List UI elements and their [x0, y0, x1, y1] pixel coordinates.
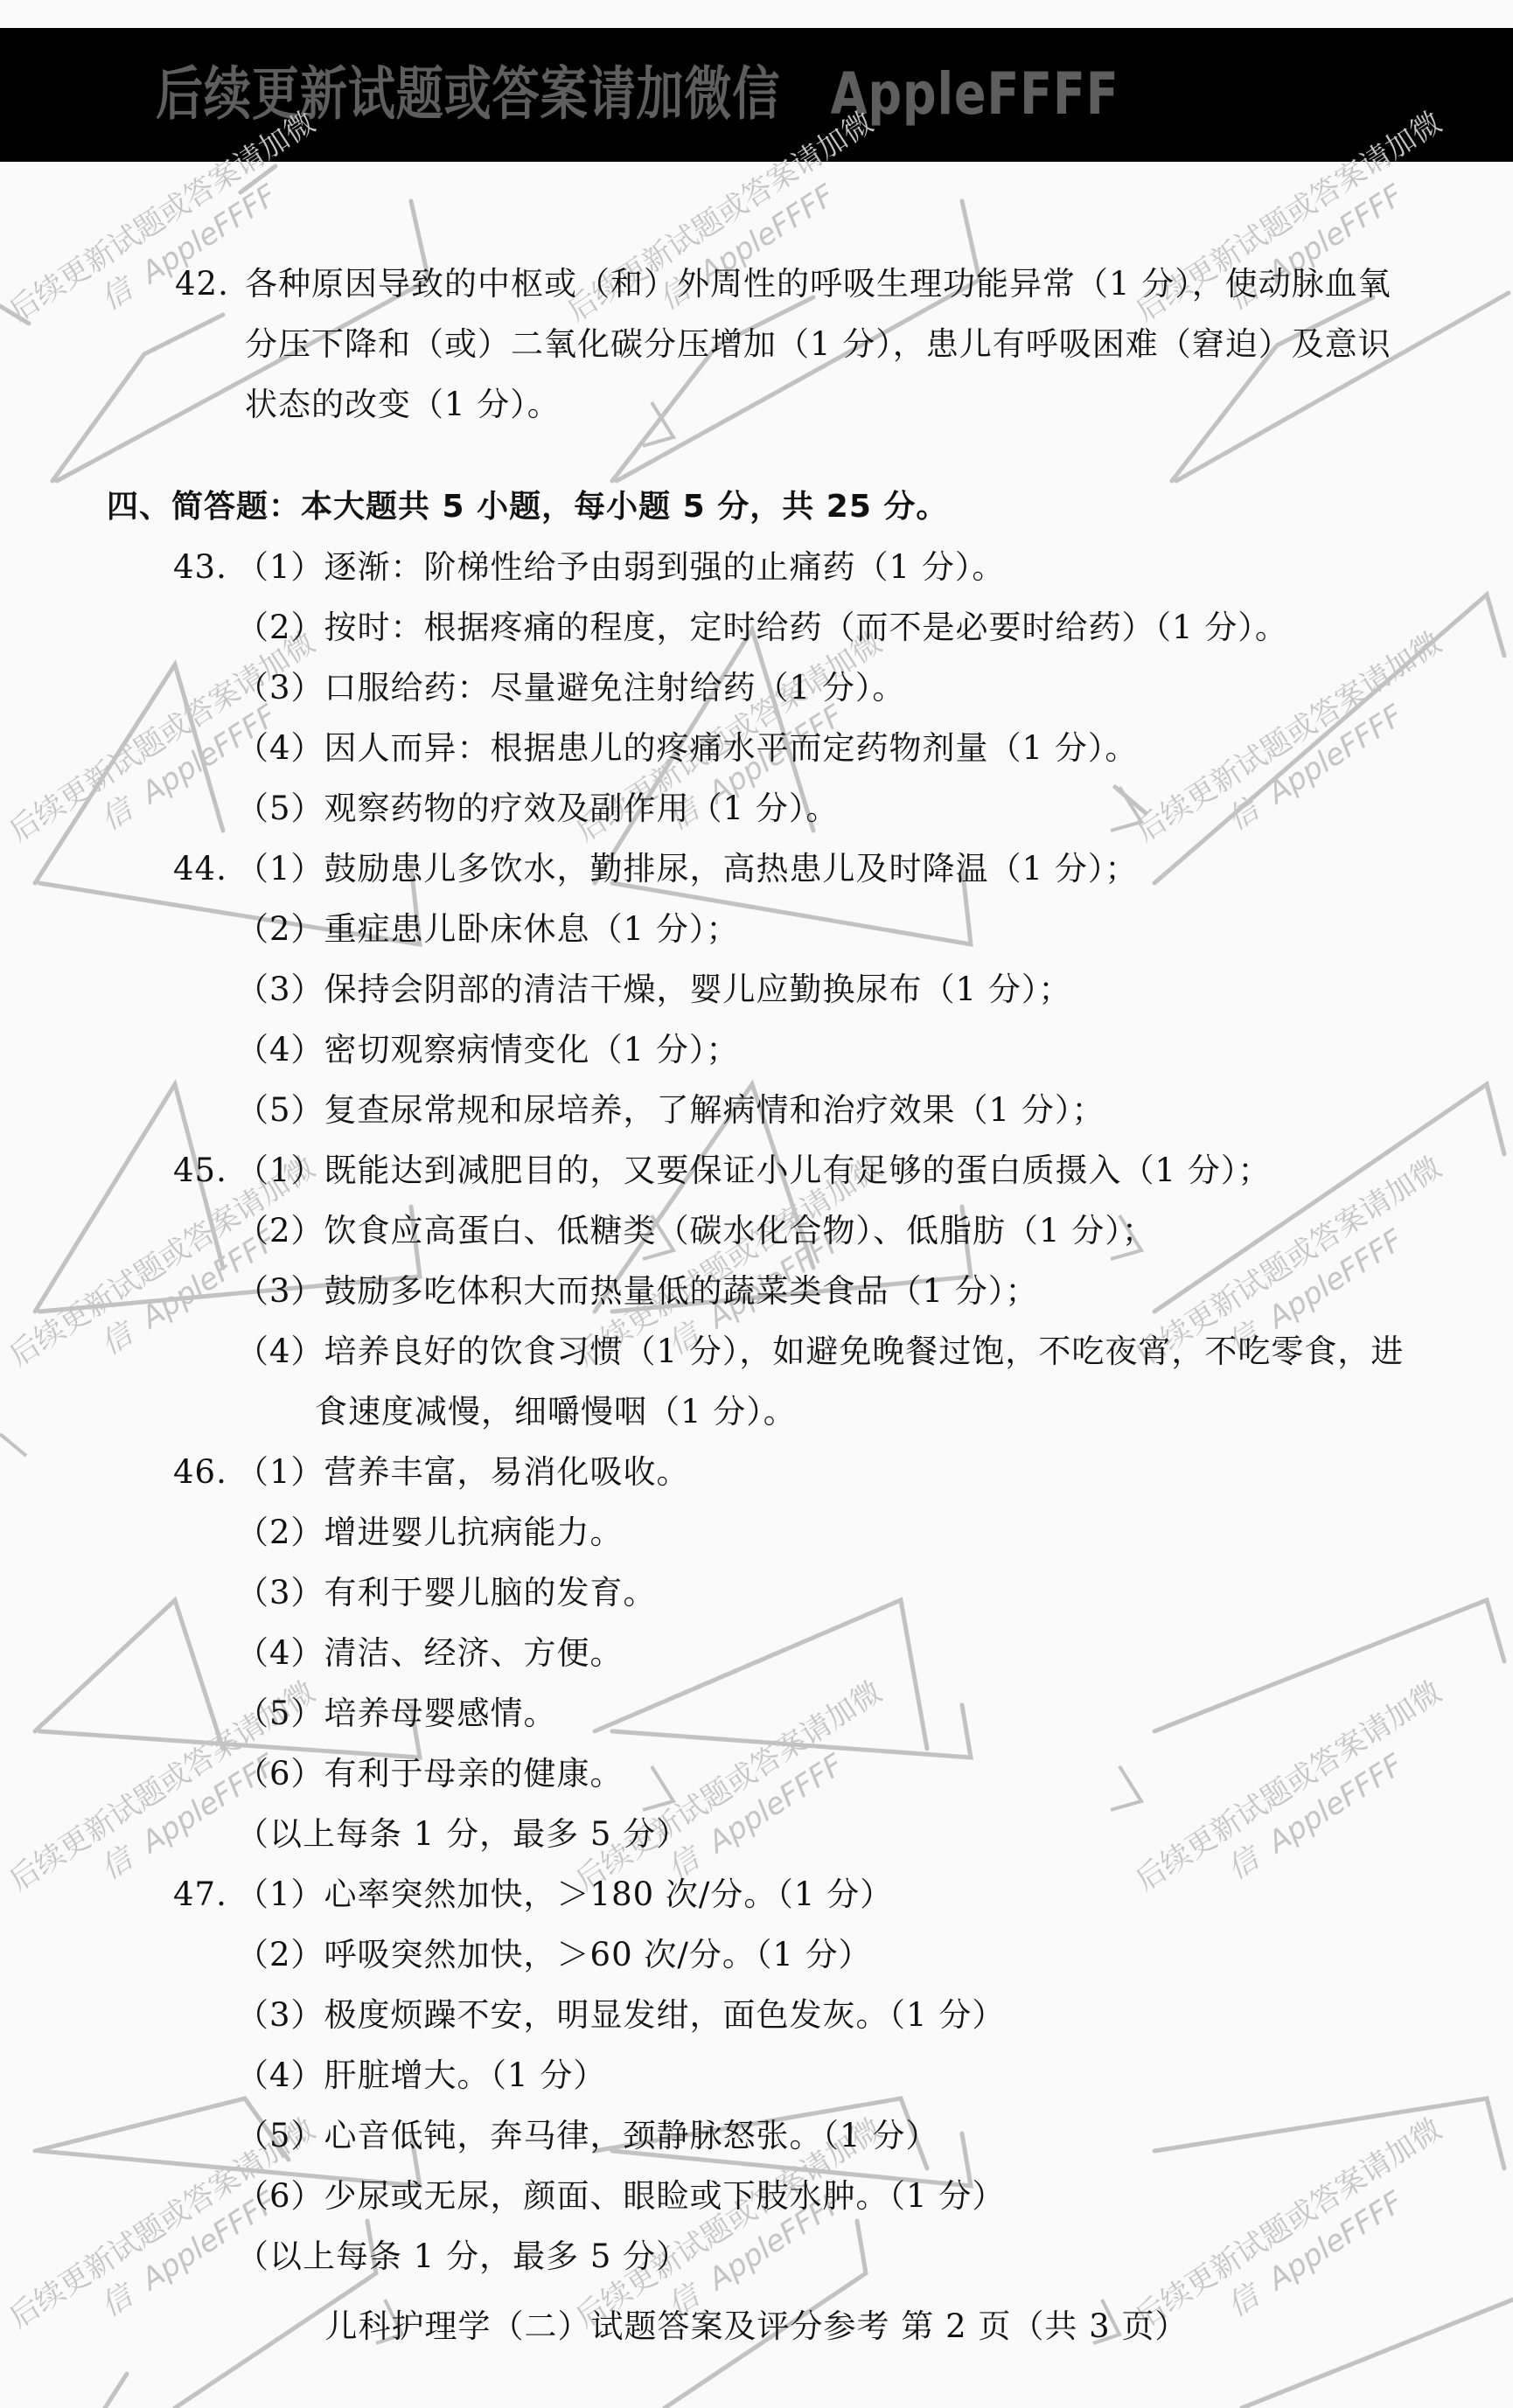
q44-item-4: （4）密切观察病情变化（1 分）；: [236, 1030, 739, 1070]
q43-item-5: （5）观察药物的疗效及副作用（1 分）。: [236, 789, 839, 829]
q47-scoring-note: （以上每条 1 分，最多 5 分）: [236, 2237, 689, 2277]
q47-item-4: （4）肝脏增大。（1 分）: [236, 2056, 606, 2096]
q42-line-1: 42.各种原因导致的中枢或（和）外周性的呼吸生理功能异常（1 分），使动脉血氧: [175, 264, 1391, 304]
q46-item-4: （4）清洁、经济、方便。: [236, 1633, 624, 1674]
q44-item-5: （5）复查尿常规和尿培养，了解病情和治疗效果（1 分）；: [236, 1090, 1105, 1131]
q43-item-2: （2）按时：根据疼痛的程度，定时给药（而不是必要时给药）（1 分）。: [236, 608, 1288, 648]
q44-item-2: （2）重症患儿卧床休息（1 分）；: [236, 909, 739, 950]
q47-item-1: 47.（1）心率突然加快，＞180 次/分。（1 分）: [173, 1875, 893, 1915]
q45-item-2: （2）饮食应高蛋白、低糖类（碳水化合物）、低脂肪（1 分）；: [236, 1211, 1155, 1251]
section-heading: 四、简答题：本大题共 5 小题，每小题 5 分，共 25 分。: [107, 487, 948, 527]
q43-item-4: （4）因人而异：根据患儿的疼痛水平而定药物剂量（1 分）。: [236, 728, 1138, 769]
q46-scoring-note: （以上每条 1 分，最多 5 分）: [236, 1814, 689, 1855]
q45-item-1: 45.（1）既能达到减肥目的，又要保证小儿有足够的蛋白质摄入（1 分）；: [173, 1151, 1271, 1191]
question-number: 45.: [173, 1151, 236, 1191]
question-number: 44.: [173, 849, 236, 889]
q46-item-6: （6）有利于母亲的健康。: [236, 1754, 624, 1794]
q44-item-3: （3）保持会阴部的清洁干燥，婴儿应勤换尿布（1 分）；: [236, 970, 1071, 1010]
q46-item-1: 46.（1）营养丰富，易消化吸收。: [173, 1452, 690, 1493]
question-number: 43.: [173, 547, 236, 588]
q45-item-4-cont: 食速度减慢，细嚼慢咽（1 分）。: [315, 1392, 797, 1432]
question-number: 42.: [175, 264, 245, 304]
q45-item-4: （4）培养良好的饮食习惯（1 分），如避免晚餐过饱，不吃夜宵，不吃零食，进: [236, 1332, 1404, 1372]
q42-line-3: 状态的改变（1 分）。: [245, 385, 561, 425]
q46-item-3: （3）有利于婴儿脑的发育。: [236, 1573, 657, 1613]
q46-item-5: （5）培养母婴感情。: [236, 1694, 557, 1734]
q45-item-3: （3）鼓励多吃体积大而热量低的蔬菜类食品（1 分）；: [236, 1271, 1038, 1312]
page-footer: 儿科护理学（二）试题答案及评分参考 第 2 页（共 3 页）: [0, 2300, 1513, 2347]
q47-item-3: （3）极度烦躁不安，明显发绀，面色发灰。（1 分）: [236, 1995, 1005, 2036]
q42-line-2: 分压下降和（或）二氧化碳分压增加（1 分），患儿有呼吸困难（窘迫）及意识: [245, 324, 1391, 365]
q47-item-2: （2）呼吸突然加快，＞60 次/分。（1 分）: [236, 1935, 872, 1975]
q46-item-2: （2）增进婴儿抗病能力。: [236, 1513, 624, 1553]
q44-item-1: 44.（1）鼓励患儿多饮水，勤排尿，高热患儿及时降温（1 分）；: [173, 849, 1138, 889]
question-number: 46.: [173, 1452, 236, 1493]
q43-item-3: （3）口服给药：尽量避免注射给药（1 分）。: [236, 668, 905, 708]
q47-item-6: （6）少尿或无尿，颜面、眼睑或下肢水肿。（1 分）: [236, 2176, 1005, 2217]
q47-item-5: （5）心音低钝，奔马律，颈静脉怒张。（1 分）: [236, 2116, 938, 2156]
q43-item-1: 43.（1）逐渐：阶梯性给予由弱到强的止痛药（1 分）。: [173, 547, 1005, 588]
question-number: 47.: [173, 1875, 236, 1915]
